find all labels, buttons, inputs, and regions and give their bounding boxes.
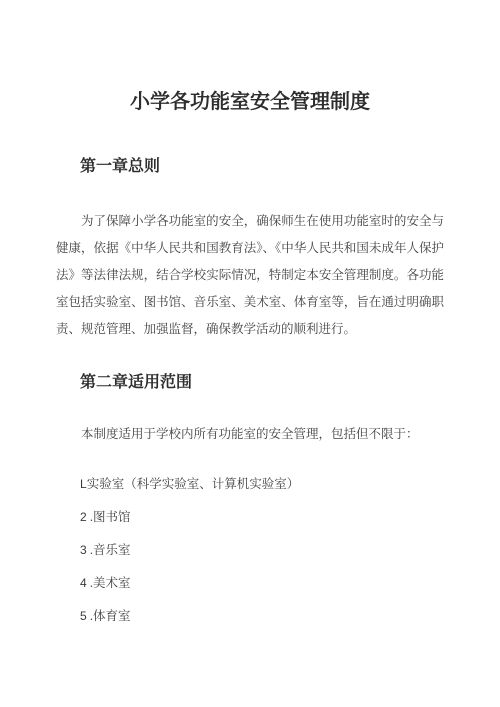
item-label: 美术室 (93, 576, 131, 590)
list-item-lab: L实验室（科学实验室、计算机实验室） (80, 471, 444, 498)
item-number: 3 (80, 543, 87, 557)
list-item-art-room: 4 .美术室 (80, 570, 444, 597)
item-number: 5 (80, 609, 87, 623)
chapter1-heading: 第一章总则 (80, 155, 444, 179)
item-number: 2 (80, 510, 87, 524)
chapter2-heading: 第二章适用范围 (80, 371, 444, 395)
chapter1-body-paragraph: 为了保障小学各功能室的安全，确保师生在使用功能室时的安全与健康，依据《中华人民共… (56, 208, 444, 343)
chapter2-intro-paragraph: 本制度适用于学校内所有功能室的安全管理，包括但不限于： (56, 421, 444, 448)
document-page: 小学各功能室安全管理制度 第一章总则 为了保障小学各功能室的安全，确保师生在使用… (0, 0, 500, 707)
item-label: 体育室 (93, 609, 131, 623)
document-title: 小学各功能室安全管理制度 (40, 0, 460, 116)
item-number: L (80, 477, 87, 491)
item-number: 4 (80, 576, 87, 590)
list-item-sports-room: 5 .体育室 (80, 603, 444, 630)
list-item-library: 2 .图书馆 (80, 504, 444, 531)
item-label: 图书馆 (93, 510, 131, 524)
functional-room-list: L实验室（科学实验室、计算机实验室） 2 .图书馆 3 .音乐室 4 .美术室 … (80, 471, 444, 630)
list-item-music-room: 3 .音乐室 (80, 537, 444, 564)
item-label: 音乐室 (93, 543, 131, 557)
item-label: 实验室（科学实验室、计算机实验室） (87, 477, 300, 491)
